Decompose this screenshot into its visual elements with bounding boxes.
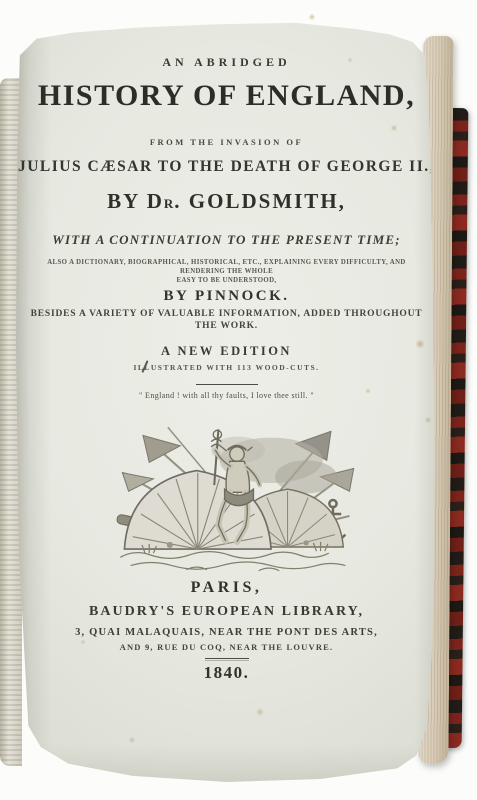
besides-note: BESIDES A VARIETY OF VALUABLE INFORMATIO… (13, 309, 440, 332)
imprint-rule (205, 658, 249, 659)
illustration-line: ILLUSTRATED WITH 113 WOOD-CUTS. (13, 363, 440, 372)
author-smallcap: R (164, 196, 174, 211)
editor-line: BY PINNOCK. (13, 288, 440, 305)
epigraph: " England ! with all thy faults, I love … (13, 391, 440, 400)
besides-line2: THE WORK. (13, 321, 440, 333)
imprint-city: PARIS, (13, 579, 440, 597)
continuation-line: WITH A CONTINUATION TO THE PRESENT TIME; (13, 232, 440, 248)
subtitle-line: JULIUS CÆSAR TO THE DEATH OF GEORGE II., (13, 158, 440, 176)
edition-line: A NEW EDITION (13, 344, 440, 359)
vignette-engraving (113, 419, 363, 579)
author-suffix: . GOLDSMITH, (174, 189, 346, 213)
imprint-address-1: 3, QUAI MALAQUAIS, NEAR THE PONT DES ART… (13, 627, 440, 638)
dictionary-note-line2: EASY TO BE UNDERSTOOD, (41, 276, 412, 285)
dictionary-note-line1: ALSO A DICTIONARY, BIOGRAPHICAL, HISTORI… (41, 258, 412, 276)
imprint-year: 1840. (13, 663, 440, 683)
author-line: BY DR. GOLDSMITH, (13, 189, 440, 214)
imprint-address-2: AND 9, RUE DU COQ, NEAR THE LOUVRE. (13, 642, 440, 652)
from-line: FROM THE INVASION OF (13, 137, 440, 147)
author-prefix: BY D (107, 189, 164, 213)
imprint-publisher: BAUDRY'S EUROPEAN LIBRARY, (13, 604, 440, 620)
divider-rule (196, 384, 258, 385)
dictionary-note: ALSO A DICTIONARY, BIOGRAPHICAL, HISTORI… (13, 258, 440, 285)
title-page: AN ABRIDGED HISTORY OF ENGLAND, FROM THE… (13, 22, 440, 782)
main-title: HISTORY OF ENGLAND, (13, 79, 440, 113)
book-photo: AN ABRIDGED HISTORY OF ENGLAND, FROM THE… (0, 0, 477, 800)
series-line: AN ABRIDGED (13, 55, 440, 70)
besides-line1: BESIDES A VARIETY OF VALUABLE INFORMATIO… (13, 309, 440, 321)
